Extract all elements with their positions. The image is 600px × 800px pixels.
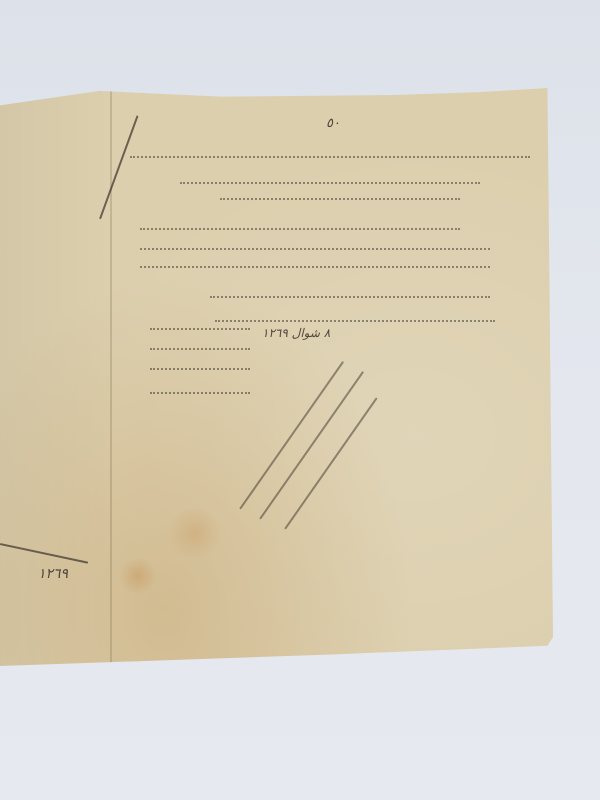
bottom-left-mark: ١٢٦٩ [38, 566, 68, 582]
handwritten-line [140, 238, 490, 250]
handwritten-line [210, 286, 490, 298]
paper-fold-line [110, 88, 112, 666]
stain [165, 508, 225, 558]
handwritten-line [220, 188, 460, 200]
document-paper: ٥٠ ٨ شوال ١٢٦٩ ١٢٦٩ [0, 88, 553, 666]
handwritten-line [180, 172, 480, 184]
left-block-line [150, 358, 250, 370]
left-block-line [150, 318, 250, 330]
handwritten-line [140, 218, 460, 230]
header-mark: ٥٠ [326, 116, 340, 131]
date-note: ٨ شوال ١٢٦٩ [262, 326, 330, 340]
left-block-line [150, 338, 250, 350]
stain [118, 558, 158, 594]
handwritten-line [140, 256, 490, 268]
handwritten-line [215, 310, 495, 322]
left-block-line [150, 382, 250, 394]
handwritten-line [130, 146, 530, 158]
